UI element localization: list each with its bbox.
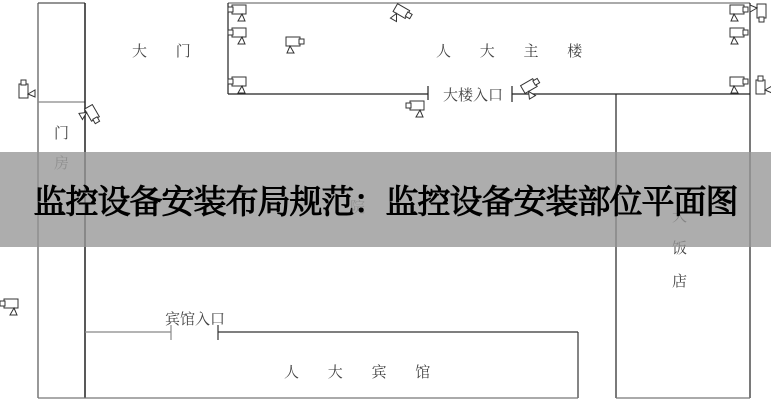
label-main-building: 人 大 主 楼 <box>436 40 594 61</box>
label-main-gate: 大 门 <box>132 40 203 61</box>
label-restaurant-3: 店 <box>672 270 687 291</box>
label-hotel-entrance: 宾馆入口 <box>165 308 225 329</box>
label-main-building-entrance: 大楼入口 <box>443 84 503 105</box>
label-hotel: 人 大 宾 馆 <box>284 361 442 382</box>
label-gate-house: 门 <box>54 122 69 143</box>
banner-title: 监控设备安装布局规范：监控设备安装部位平面图 <box>0 152 771 247</box>
